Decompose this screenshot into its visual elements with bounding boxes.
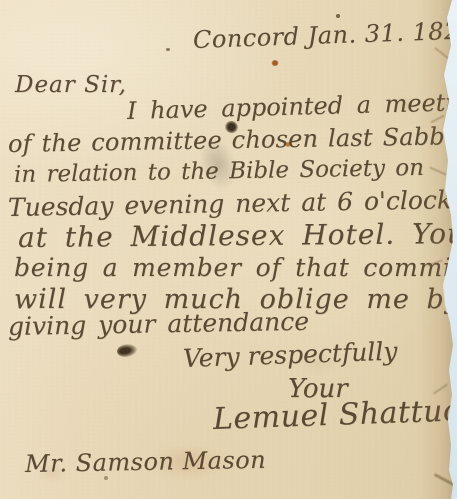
body-line: at the Middlesex Hotel. You (18, 217, 457, 254)
body-line: in relation to the Bible Society on (14, 155, 424, 188)
edge-crease (434, 47, 449, 59)
closing-line: Very respectfully (182, 337, 397, 373)
ink-blot (116, 343, 138, 359)
body-line: giving your attendance (8, 307, 310, 341)
edge-crease (429, 166, 446, 175)
letter-page: Concord Jan. 31. 1829 Dear Sir, I have a… (0, 0, 457, 499)
dateline: Concord Jan. 31. 1829 (193, 16, 457, 54)
ink-speck (166, 48, 170, 51)
body-line: I have appointed a meeting (127, 88, 457, 125)
edge-crease (434, 473, 455, 486)
scan-background: Concord Jan. 31. 1829 Dear Sir, I have a… (0, 0, 457, 499)
body-line: Tuesday evening next at 6 o'clock (8, 185, 453, 222)
signature: Lemuel Shattuck (212, 393, 457, 437)
body-line: being a member of that committee (14, 253, 457, 282)
addressee: Mr. Samson Mason (25, 446, 267, 478)
body-line: of the committee chosen last Sabbath (8, 122, 457, 158)
salutation: Dear Sir, (15, 72, 127, 98)
ink-speck (336, 14, 340, 18)
red-fleck (271, 60, 279, 66)
